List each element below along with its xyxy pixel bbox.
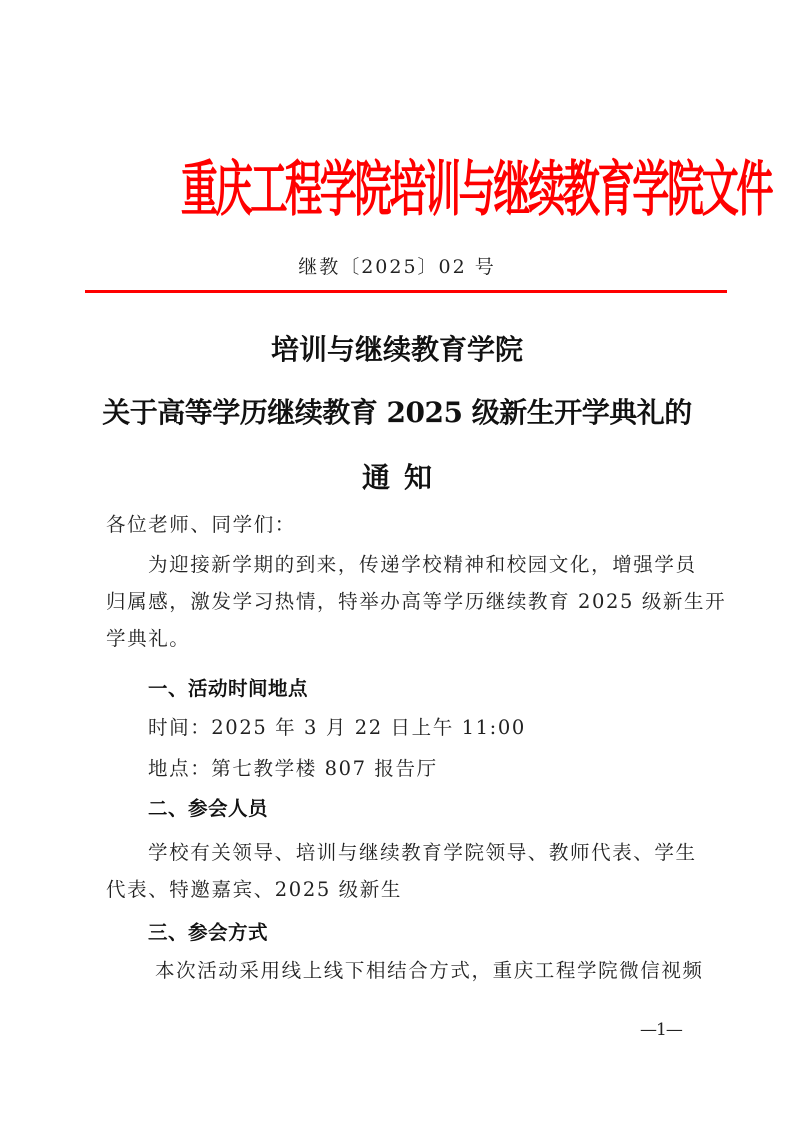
attendees-line: 学校有关领导、培训与继续教育学院领导、教师代表、学生 [148,834,697,871]
section-heading-attendees: 二、参会人员 [148,790,268,827]
intro-paragraph-line: 为迎接新学期的到来，传递学校精神和校园文化，增强学员 [148,546,697,583]
document-body: 各位老师、同学们： 为迎接新学期的到来，传递学校精神和校园文化，增强学员 归属感… [106,0,706,1122]
page-number: —1— [640,1018,682,1042]
section-heading-time-location: 一、活动时间地点 [148,670,308,707]
event-location: 地点：第七教学楼 807 报告厅 [148,750,438,787]
document-page: 重庆工程学院培训与继续教育学院文件 继教〔2025〕02 号 培训与继续教育学院… [0,0,794,1122]
participation-method-line: 本次活动采用线上线下相结合方式，重庆工程学院微信视频 [155,952,704,989]
attendees-line: 代表、特邀嘉宾、2025 级新生 [106,871,402,908]
section-heading-participation-method: 三、参会方式 [148,914,268,951]
event-time: 时间：2025 年 3 月 22 日上午 11:00 [148,709,526,746]
intro-paragraph-line: 归属感，激发学习热情，特举办高等学历继续教育 2025 级新生开 [106,583,726,620]
salutation: 各位老师、同学们： [106,506,296,543]
intro-paragraph-line: 学典礼。 [106,620,190,657]
